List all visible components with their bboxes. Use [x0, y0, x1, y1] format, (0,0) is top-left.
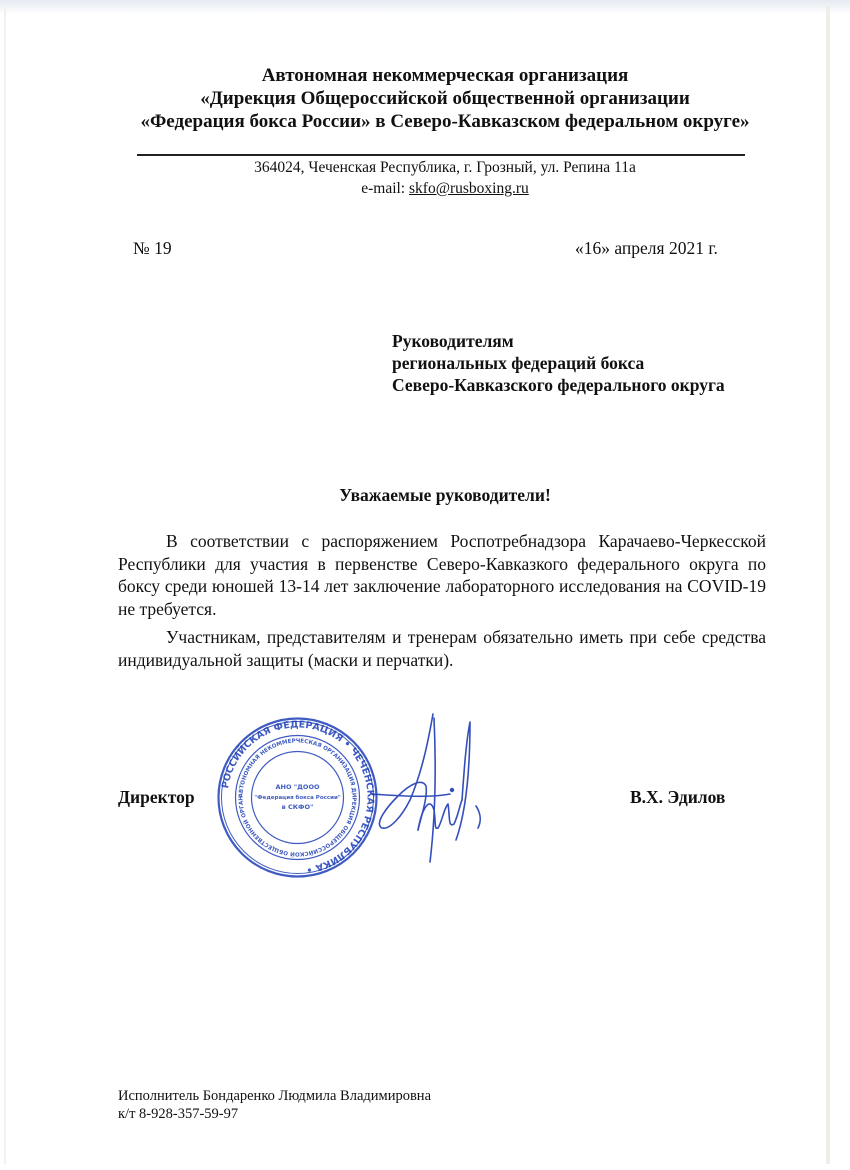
salutation: Уважаемые руководители!: [110, 485, 780, 506]
scan-shadow-top: [0, 0, 850, 14]
handwritten-signature-icon: [370, 712, 500, 872]
letter-body: В соответствии с распоряжением Роспотреб…: [118, 530, 766, 678]
stamp-center-line-1: АНО "ДООО: [275, 783, 319, 791]
scan-edge-left: [4, 6, 6, 1164]
email-line: e-mail: skfo@rusboxing.ru: [120, 178, 770, 199]
letterhead: Автономная некоммерческая организация «Д…: [120, 64, 770, 133]
official-stamp-icon: РОССИЙСКАЯ ФЕДЕРАЦИЯ • ЧЕЧЕНСКАЯ РЕСПУБЛ…: [215, 715, 380, 880]
scan-edge-right: [826, 6, 830, 1164]
email-label: e-mail:: [361, 180, 409, 197]
document-number: № 19: [133, 238, 172, 259]
body-paragraph: Участникам, представителям и тренерам об…: [118, 626, 766, 671]
recipient-line-1: Руководителям: [392, 330, 725, 352]
stamp-center-line-2: "Федерация бокса России": [254, 794, 341, 801]
signatory-title: Директор: [118, 787, 195, 808]
body-paragraph: В соответствии с распоряжением Роспотреб…: [118, 530, 766, 620]
recipient-block: Руководителям региональных федераций бок…: [392, 330, 725, 396]
letterhead-line-1: Автономная некоммерческая организация: [120, 64, 770, 87]
address: 364024, Чеченская Республика, г. Грозный…: [120, 157, 770, 178]
letterhead-divider: [137, 154, 745, 156]
letterhead-contacts: 364024, Чеченская Республика, г. Грозный…: [120, 157, 770, 199]
document-date: «16» апреля 2021 г.: [575, 238, 718, 259]
executor-phone: к/т 8-928-357-59-97: [118, 1105, 431, 1123]
executor-name: Исполнитель Бондаренко Людмила Владимиро…: [118, 1087, 431, 1105]
recipient-line-2: региональных федераций бокса: [392, 352, 725, 374]
executor-block: Исполнитель Бондаренко Людмила Владимиро…: [118, 1087, 431, 1123]
signatory-name: В.Х. Эдилов: [630, 787, 725, 808]
stamp-center-line-3: в СКФО": [282, 803, 314, 811]
letterhead-line-2: «Дирекция Общероссийской общественной ор…: [120, 87, 770, 110]
recipient-line-3: Северо-Кавказского федерального округа: [392, 374, 725, 396]
letterhead-line-3: «Федерация бокса России» в Северо-Кавказ…: [120, 110, 770, 133]
email-link[interactable]: skfo@rusboxing.ru: [409, 180, 529, 197]
